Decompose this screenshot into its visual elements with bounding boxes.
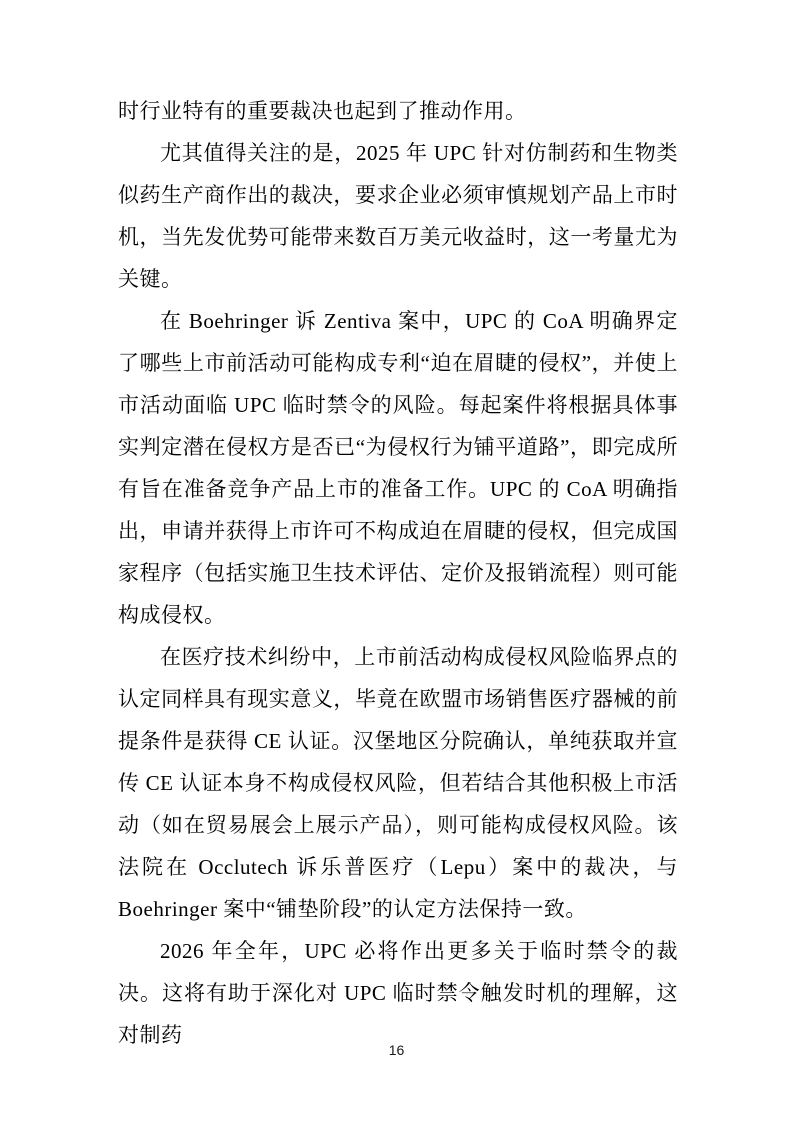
- body-paragraph: 2026 年全年，UPC 必将作出更多关于临时禁令的裁决。这将有助于深化对 UP…: [118, 930, 678, 1056]
- body-paragraph-continuation: 时行业特有的重要裁决也起到了推动作用。: [118, 90, 678, 132]
- document-page: 时行业特有的重要裁决也起到了推动作用。 尤其值得关注的是，2025 年 UPC …: [0, 0, 793, 1122]
- body-paragraph: 尤其值得关注的是，2025 年 UPC 针对仿制药和生物类似药生产商作出的裁决，…: [118, 132, 678, 300]
- page-number: 16: [0, 1042, 793, 1058]
- page-body: 时行业特有的重要裁决也起到了推动作用。 尤其值得关注的是，2025 年 UPC …: [118, 90, 678, 1056]
- body-paragraph: 在医疗技术纠纷中，上市前活动构成侵权风险临界点的认定同样具有现实意义，毕竟在欧盟…: [118, 636, 678, 930]
- body-paragraph: 在 Boehringer 诉 Zentiva 案中，UPC 的 CoA 明确界定…: [118, 300, 678, 636]
